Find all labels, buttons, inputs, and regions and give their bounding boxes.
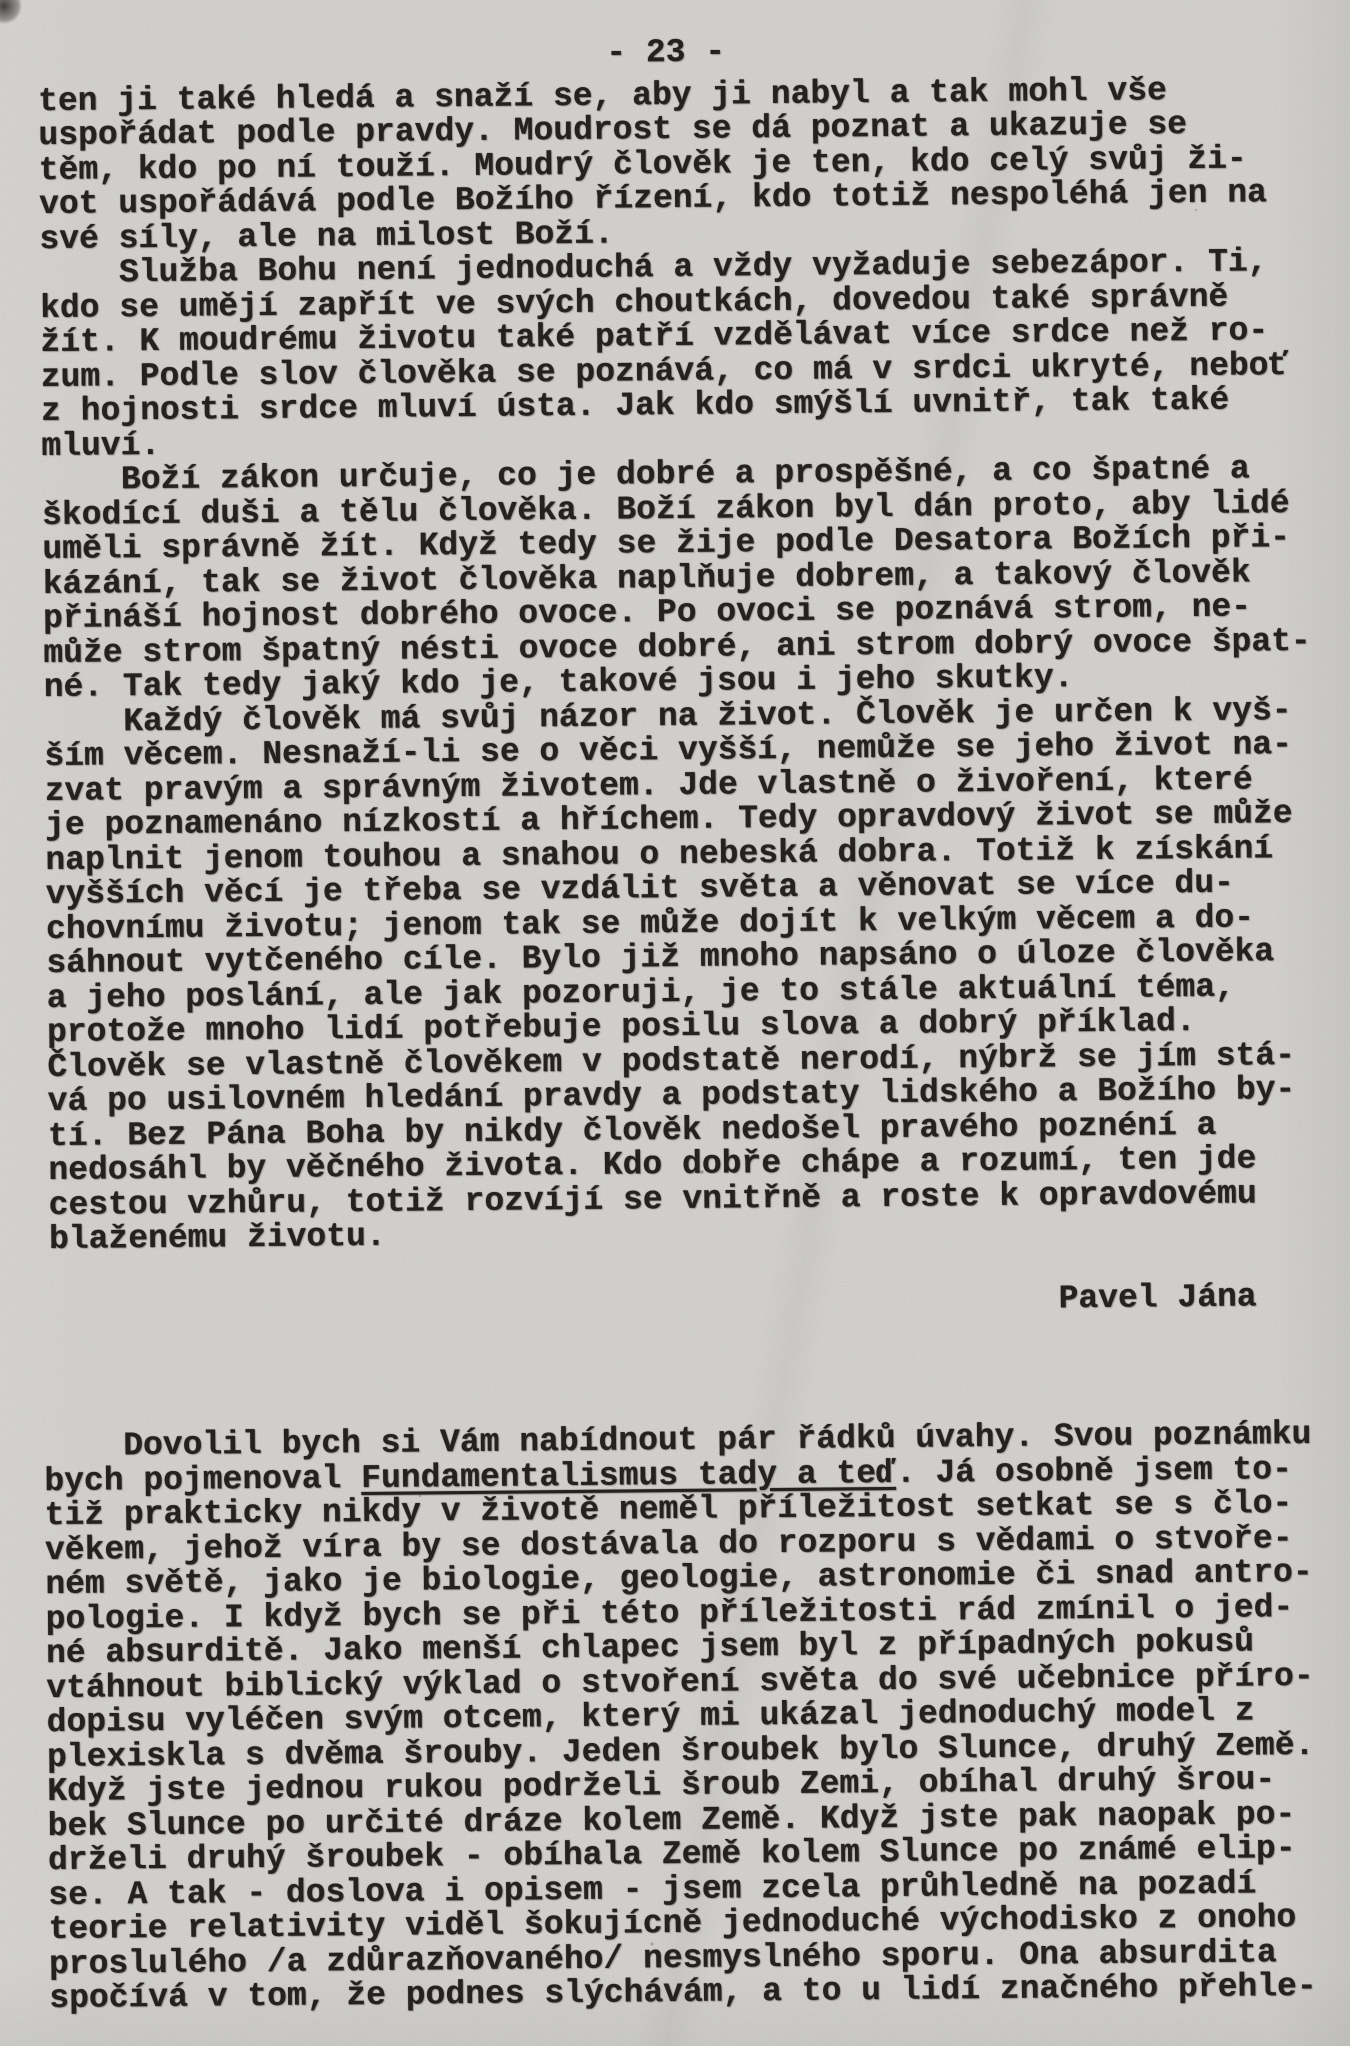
paragraph-block-essay: ten ji také hledá a snaží se, aby ji nab…	[0, 72, 1350, 1258]
document-sheet: - 23 - ten ji také hledá a snaží se, aby…	[0, 0, 1350, 2046]
page-number: - 23 -	[0, 30, 1341, 77]
paragraph-block-letter: Dovolil bych si Vám nabídnout pár řádků …	[4, 1418, 1350, 2017]
scanned-typewritten-page: { "colors": { "paper": "#d7d6d2", "ink":…	[0, 0, 1350, 2046]
author-signature: Pavel Jána	[3, 1280, 1350, 1327]
